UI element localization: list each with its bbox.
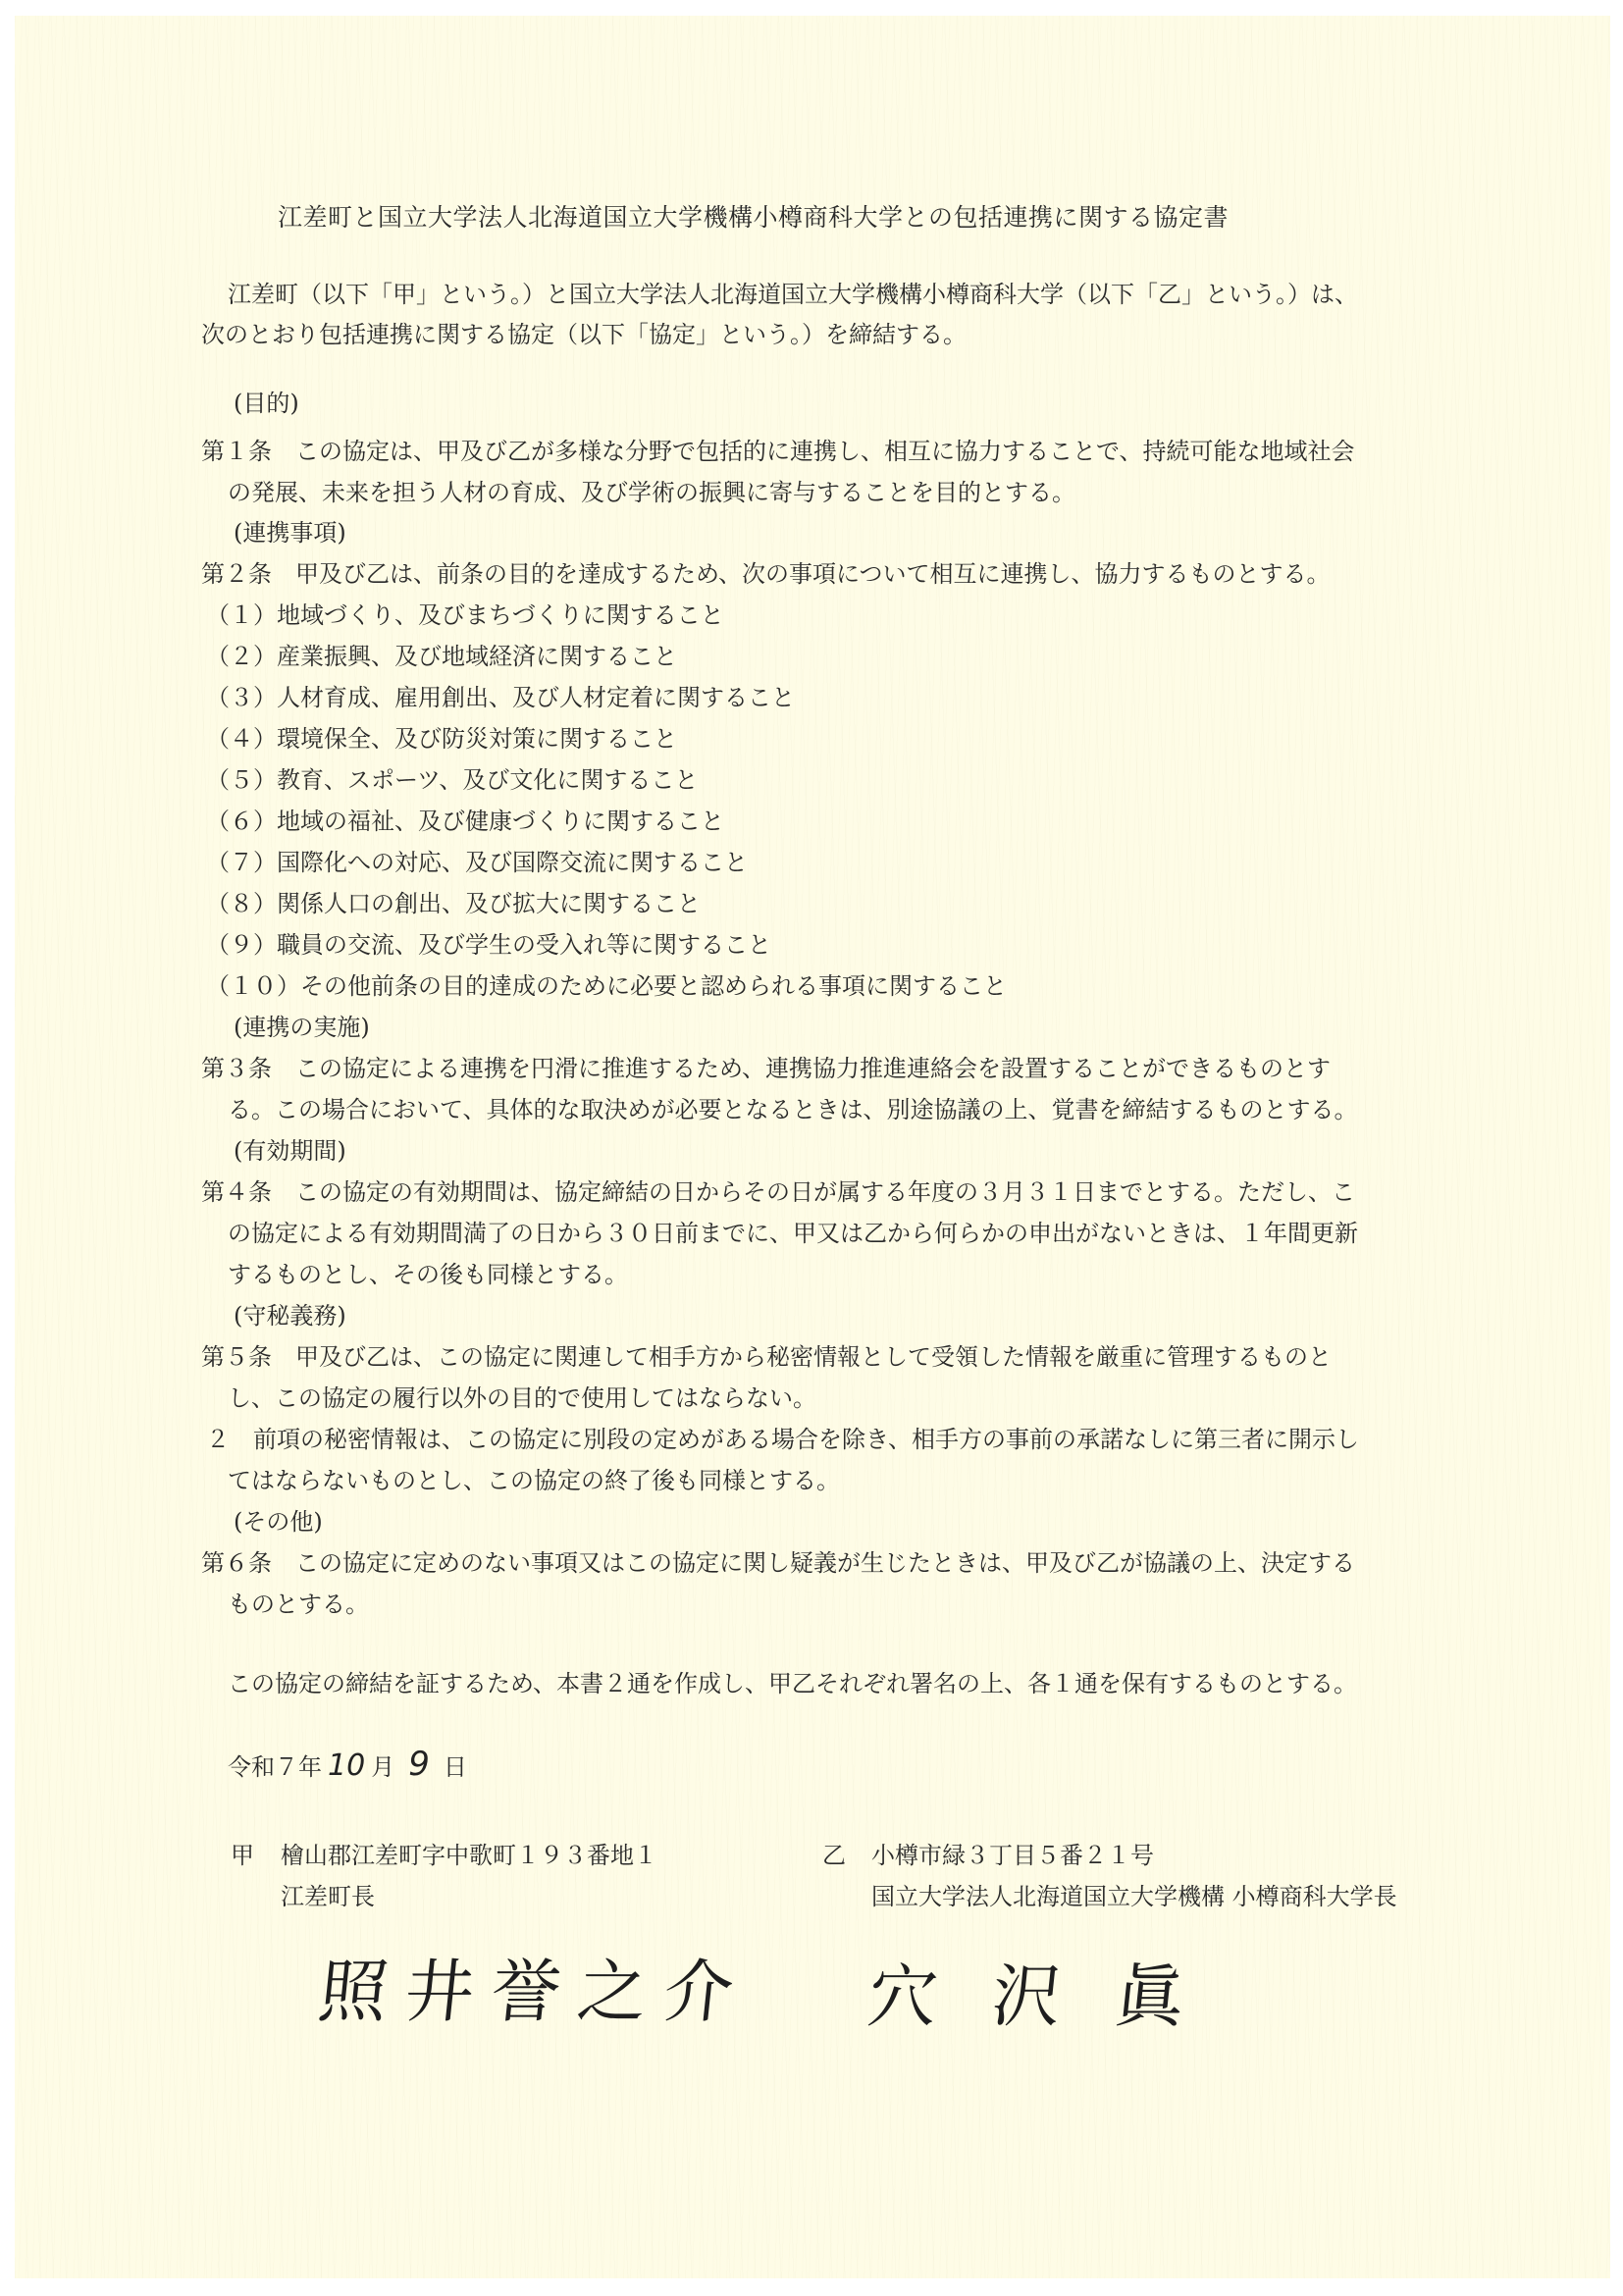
article-5-line-1: 第５条 甲及び乙は、この協定に関連して相手方から秘密情報として受領した情報を厳重… bbox=[201, 1342, 1332, 1372]
party-b-label: 乙 bbox=[822, 1841, 846, 1870]
article-5-paragraph-2-line-1: ２ 前項の秘密情報は、この協定に別段の定めがある場合を除き、相手方の事前の承諾な… bbox=[206, 1425, 1359, 1454]
article-3-heading: (連携の実施) bbox=[234, 1013, 370, 1042]
article-2-item-3: （３）人材育成、雇用創出、及び人材定着に関すること bbox=[206, 683, 795, 712]
preamble-line-2: 次のとおり包括連携に関する協定（以下「協定」という。）を締結する。 bbox=[201, 320, 967, 349]
article-6-heading: (その他) bbox=[234, 1507, 323, 1537]
article-2-item-10: （１０）その他前条の目的達成のために必要と認められる事項に関すること bbox=[206, 971, 1007, 1001]
party-a-signature: 照井誉之介 bbox=[314, 1948, 755, 2036]
article-3-line-1: 第３条 この協定による連携を円滑に推進するため、連携協力推進連絡会を設置すること… bbox=[201, 1054, 1331, 1083]
article-4-line-1: 第４条 この協定の有効期間は、協定締結の日からその日が属する年度の３月３１日まで… bbox=[201, 1177, 1355, 1207]
article-2-heading: (連携事項) bbox=[234, 518, 346, 548]
article-6-line-2: ものとする。 bbox=[228, 1590, 369, 1619]
party-b-address: 小樽市緑３丁目５番２１号 bbox=[871, 1841, 1154, 1870]
article-5-paragraph-2-line-2: てはならないものとし、この協定の終了後も同様とする。 bbox=[228, 1466, 840, 1495]
article-5-line-2: し、この協定の履行以外の目的で使用してはならない。 bbox=[228, 1383, 816, 1413]
article-3-line-2: る。この場合において、具体的な取決めが必要となるときは、別途協議の上、覚書を締結… bbox=[228, 1095, 1358, 1124]
article-2-item-5: （５）教育、スポーツ、及び文化に関すること bbox=[206, 765, 698, 795]
article-1-line-1: 第１条 この協定は、甲及び乙が多様な分野で包括的に連携し、相互に協力することで、… bbox=[201, 437, 1355, 466]
date-month-suffix: 月 bbox=[371, 1753, 394, 1781]
article-4-line-3: するものとし、その後も同様とする。 bbox=[228, 1260, 628, 1289]
date-month-handwritten: 10 bbox=[328, 1748, 365, 1783]
article-2-item-2: （２）産業振興、及び地域経済に関すること bbox=[206, 642, 677, 671]
article-2-item-6: （６）地域の福祉、及び健康づくりに関すること bbox=[206, 807, 724, 836]
article-6-line-1: 第６条 この協定に定めのない事項又はこの協定に関し疑義が生じたときは、甲及び乙が… bbox=[201, 1548, 1355, 1578]
document-title: 江差町と国立大学法人北海道国立大学機構小樽商科大学との包括連携に関する協定書 bbox=[278, 203, 1229, 233]
article-2-item-8: （８）関係人口の創出、及び拡大に関すること bbox=[206, 889, 701, 918]
party-a-address: 檜山郡江差町字中歌町１９３番地１ bbox=[281, 1841, 657, 1870]
article-5-heading: (守秘義務) bbox=[234, 1301, 346, 1331]
date-prefix: 令和７年 bbox=[228, 1753, 322, 1781]
date-day-handwritten: 9 bbox=[408, 1745, 430, 1784]
signing-date: 令和７年10月9日 bbox=[228, 1749, 467, 1782]
closing-statement: この協定の締結を証するため、本書２通を作成し、甲乙それぞれ署名の上、各１通を保有… bbox=[228, 1669, 1357, 1698]
article-2-item-7: （７）国際化への対応、及び国際交流に関すること bbox=[206, 848, 748, 877]
agreement-document: 江差町と国立大学法人北海道国立大学機構小樽商科大学との包括連携に関する協定書 江… bbox=[0, 0, 1623, 2296]
article-1-line-2: の発展、未来を担う人材の育成、及び学術の振興に寄与することを目的とする。 bbox=[228, 478, 1075, 507]
preamble-line-1: 江差町（以下「甲」という。）と国立大学法人北海道国立大学機構小樽商科大学（以下「… bbox=[228, 280, 1358, 309]
party-a-title: 江差町長 bbox=[281, 1882, 375, 1911]
article-2-item-4: （４）環境保全、及び防災対策に関すること bbox=[206, 724, 677, 754]
party-b-title: 国立大学法人北海道国立大学機構 小樽商科大学長 bbox=[871, 1882, 1397, 1911]
article-1-heading: (目的) bbox=[234, 389, 299, 418]
article-2-line-1: 第２条 甲及び乙は、前条の目的を達成するため、次の事項について相互に連携し、協力… bbox=[201, 559, 1331, 589]
article-4-line-2: の協定による有効期間満了の日から３０日前までに、甲又は乙から何らかの申出がないと… bbox=[228, 1219, 1358, 1248]
article-4-heading: (有効期間) bbox=[234, 1136, 346, 1166]
date-day-suffix: 日 bbox=[444, 1753, 467, 1781]
article-2-item-9: （９）職員の交流、及び学生の受入れ等に関すること bbox=[206, 930, 771, 960]
party-a-label: 甲 bbox=[231, 1841, 254, 1870]
article-2-item-1: （１）地域づくり、及びまちづくりに関すること bbox=[206, 600, 724, 630]
party-b-signature: 穴沢眞 bbox=[864, 1953, 1243, 2041]
